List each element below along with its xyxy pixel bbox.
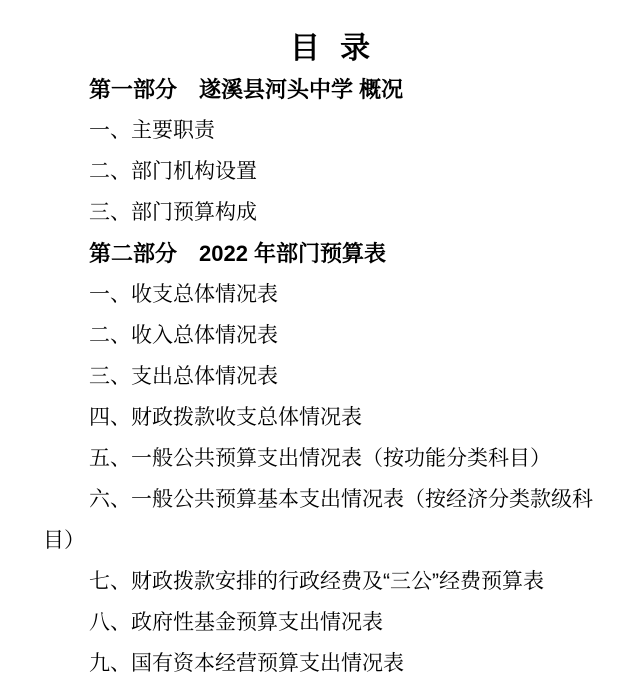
- toc-item-part2-9: 九、国有资本经营预算支出情况表: [43, 643, 598, 684]
- toc-item-part2-4: 四、财政拨款收支总体情况表: [43, 397, 598, 438]
- toc-item-part2-5: 五、一般公共预算支出情况表（按功能分类科目）: [43, 438, 598, 479]
- toc-item-part2-1: 一、收支总体情况表: [43, 274, 598, 315]
- toc-item-part1-2: 二、部门机构设置: [43, 151, 598, 192]
- toc-title: 目 录: [53, 28, 608, 69]
- toc-section-part1: 第一部分 遂溪县河头中学 概况 一、主要职责 二、部门机构设置 三、部门预算构成: [43, 69, 598, 233]
- toc-item-part2-8: 八、政府性基金预算支出情况表: [43, 602, 598, 643]
- toc-item-part1-3: 三、部门预算构成: [43, 192, 598, 233]
- toc-section-part2: 第二部分 2022 年部门预算表 一、收支总体情况表 二、收入总体情况表 三、支…: [43, 233, 598, 684]
- toc-item-part2-7: 七、财政拨款安排的行政经费及“三公”经费预算表: [43, 561, 598, 602]
- toc-item-part2-3: 三、支出总体情况表: [43, 356, 598, 397]
- toc-item-part1-1: 一、主要职责: [43, 110, 598, 151]
- section-part2-heading: 第二部分 2022 年部门预算表: [43, 233, 598, 274]
- toc-item-part2-6: 六、一般公共预算基本支出情况表（按经济分类款级科目）: [43, 479, 598, 561]
- section-part1-heading: 第一部分 遂溪县河头中学 概况: [43, 69, 598, 110]
- toc-item-part2-2: 二、收入总体情况表: [43, 315, 598, 356]
- document-page: 目 录 第一部分 遂溪县河头中学 概况 一、主要职责 二、部门机构设置 三、部门…: [0, 0, 628, 687]
